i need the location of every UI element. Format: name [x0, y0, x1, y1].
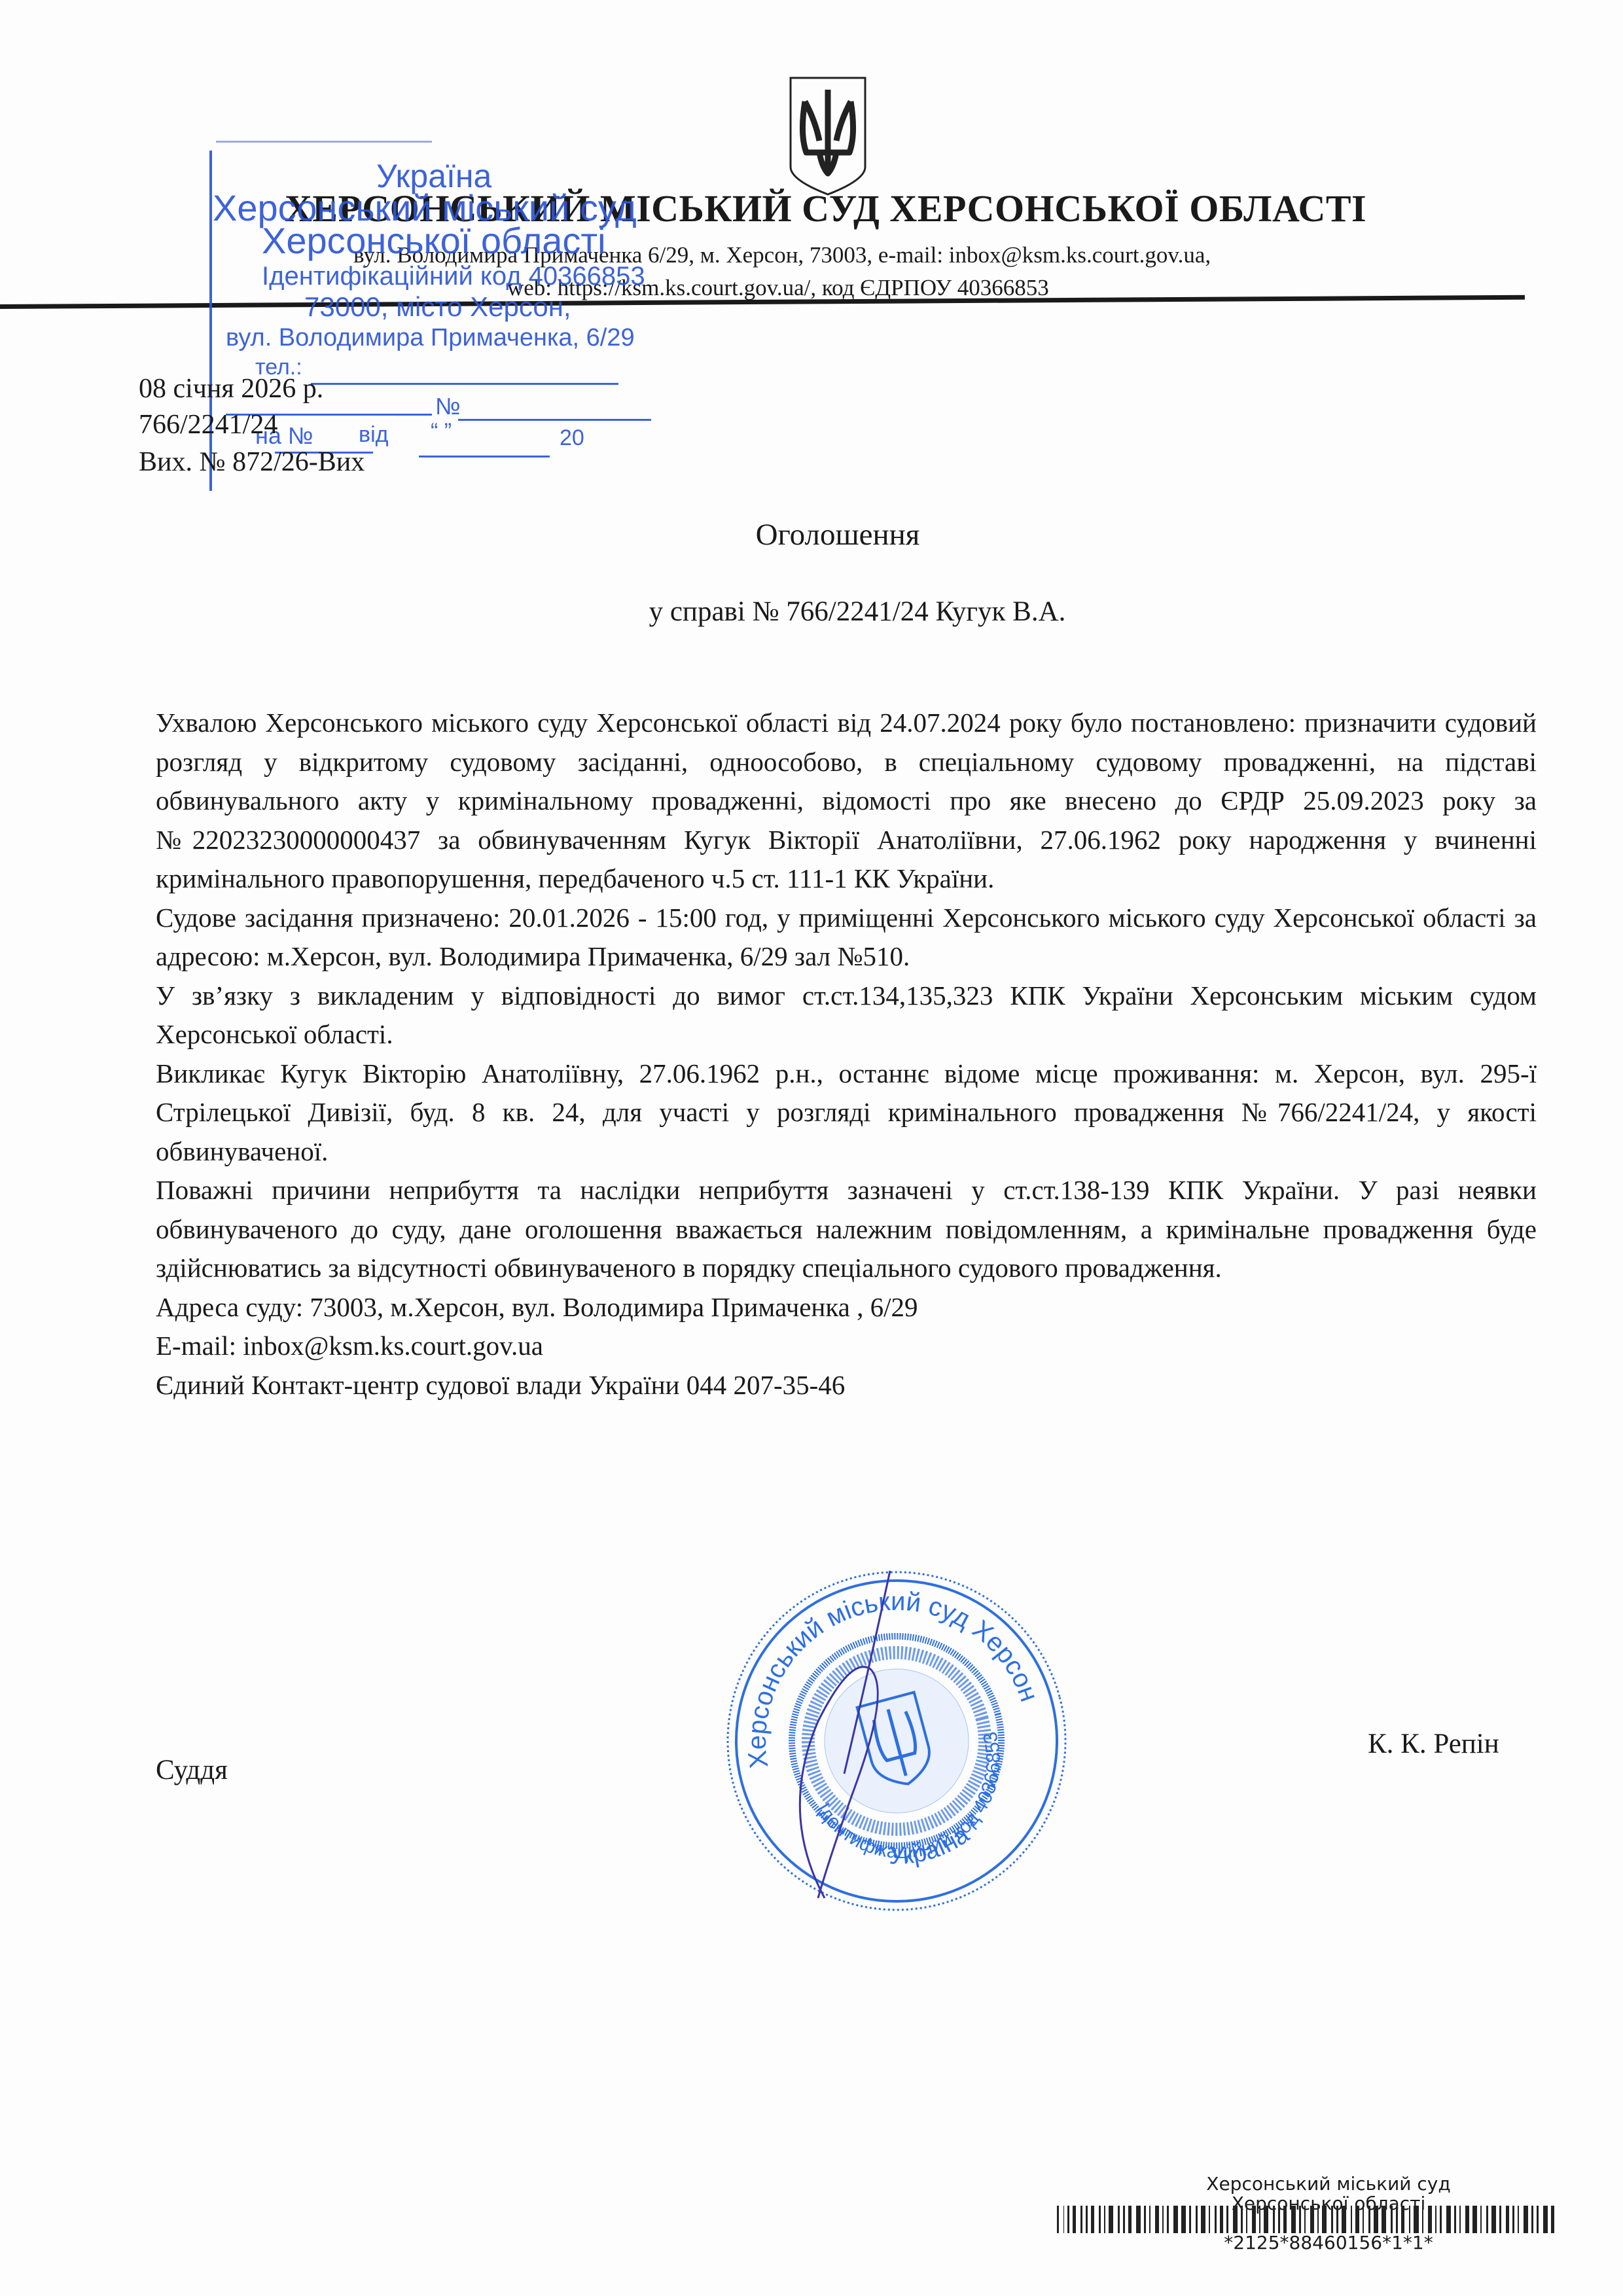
paragraph-ruling: Ухвалою Херсонського міського суду Херсо…	[156, 704, 1537, 899]
judge-role-label: Суддя	[156, 1754, 228, 1786]
svg-text:* Україна *: * Україна *	[864, 1808, 992, 1880]
registration-stamp: Україна Херсонський міський суд Херсонсь…	[0, 0, 720, 471]
stamp-top-rule	[216, 141, 432, 143]
paragraph-court-address: Адреса суду: 73003, м.Херсон, вул. Волод…	[156, 1288, 1537, 1327]
stamp-tel-rule	[311, 383, 618, 385]
stamp-no-label: №	[435, 393, 461, 420]
judge-name: К. К. Репін	[1368, 1728, 1499, 1760]
document-title: Оголошення	[0, 517, 1623, 552]
court-seal-icon: Херсонський міський суд Херсонської обла…	[720, 1564, 1073, 1918]
announcement-body: Ухвалою Херсонського міського суду Херсо…	[156, 704, 1537, 1405]
paragraph-contact-center: Єдиний Контакт-центр судової влади Украї…	[156, 1366, 1537, 1405]
paragraph-summons: Викликає Кугук Вікторію Анатоліївну, 27.…	[156, 1054, 1537, 1172]
barcode	[1057, 2206, 1558, 2233]
paragraph-hearing-date: Судове засідання призначено: 20.01.2026 …	[156, 899, 1537, 977]
paragraph-consequences: Поважні причини неприбуття та наслідки н…	[156, 1171, 1537, 1288]
stamp-court-line2: Херсонської області	[262, 219, 606, 262]
stamp-vid-label: від	[359, 422, 388, 448]
barcode-court-line1: Херсонський міський суд	[1198, 2173, 1459, 2195]
stamp-city: 73000, місто Херсон,	[304, 291, 571, 323]
stamp-id-code: Ідентифікаційний код 40366853	[262, 262, 645, 291]
document-date: 08 січня 2026 р.	[139, 373, 323, 404]
stamp-date-rule	[419, 456, 550, 457]
stamp-reg-rule-right	[458, 419, 651, 421]
stamp-date-quotes: “ ”	[431, 419, 452, 444]
paragraph-legal-basis: У зв’язку з викладеним у відповідності д…	[156, 977, 1537, 1054]
paragraph-email: E-mail: inbox@ksm.ks.court.gov.ua	[156, 1327, 1537, 1366]
outgoing-number: Вих. № 872/26-Вих	[139, 446, 365, 478]
barcode-code: *2125*88460156*1*1*	[1198, 2232, 1459, 2253]
case-number: 766/2241/24	[139, 409, 277, 440]
stamp-year-prefix: 20	[560, 425, 584, 451]
stamp-street: вул. Володимира Примаченка, 6/29	[226, 324, 635, 352]
coat-of-arms-icon	[785, 75, 870, 196]
document-subtitle: у справі № 766/2241/24 Кугук В.А.	[0, 596, 1623, 628]
